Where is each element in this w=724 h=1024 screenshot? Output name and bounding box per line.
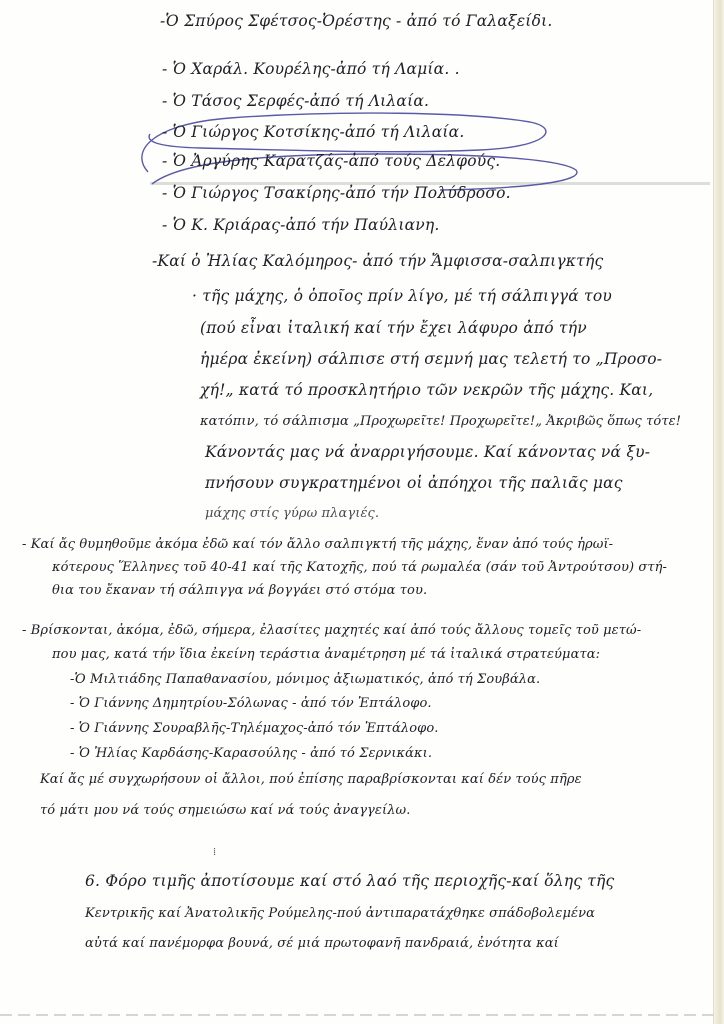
paragraph-line: - Καί ἄς θυμηθοῦμε ἀκόμα ἐδῶ καί τόν ἄλλ… — [22, 537, 613, 552]
name-entry: - Ὁ Γιάννης Σουραβλῆς-Τηλέμαχος-ἀπό τόν … — [70, 721, 439, 736]
paragraph-line: πνήσουν συγκρατημένοι οἱ ἀπόηχοι τῆς παλ… — [205, 474, 623, 492]
paper-bottom-edge — [0, 1014, 714, 1016]
name-entry: - Ὁ Κ. Κριάρας-ἀπό τήν Παύλιανη. — [162, 216, 440, 234]
insertion-mark: ⁞ — [213, 845, 216, 858]
name-entry: -Ὁ Μιλτιάδης Παπαθανασίου, μόνιμος ἀξιωμ… — [70, 672, 540, 687]
name-entry: - Ὁ Ἠλίας Καρδάσης-Καρασούλης - ἀπό τό Σ… — [70, 746, 432, 761]
name-entry: -Ὁ Σπύρος Σφέτσος-Ὀρέστης - ἀπό τό Γαλαξ… — [160, 12, 553, 30]
paragraph-line: (πού εἶναι ἰταλική καί τήν ἔχει λάφυρο ἀ… — [200, 319, 587, 337]
name-entry: - Ὁ Χαράλ. Κουρέλης-ἀπό τή Λαμία. . — [162, 60, 460, 78]
paragraph-line: ἡμέρα ἐκείνη) σάλπισε στή σεμνή μας τελε… — [200, 350, 662, 368]
paragraph-line: κότερους Ἕλληνες τοῦ 40-41 καί τῆς Κατοχ… — [52, 560, 667, 575]
name-entry-circled: - Ὁ Ἀργύρης Καρατζάς-ἀπό τούς Δελφούς. — [162, 152, 500, 170]
paper-right-edge — [713, 0, 724, 1024]
name-entry: - Ὁ Τάσος Σερφές-ἀπό τή Λιλαία. — [162, 92, 429, 110]
paragraph-line: -Καί ὁ Ἠλίας Καλόμηρος- ἀπό τήν Ἄμφισσα-… — [152, 252, 603, 270]
paragraph-line: θια του ἔκαναν τή σάλπιγγα νά βογγάει στ… — [52, 583, 427, 598]
paragraph-line: που μας, κατά τήν ἴδια ἐκείνη τεράστια ἀ… — [52, 647, 600, 662]
paragraph-line: Καί ἄς μέ συγχωρήσουν οἱ ἄλλοι, πού ἐπίσ… — [40, 772, 582, 787]
section-line: αὐτά καί πανέμορφα βουνά, σέ μιά πρωτοφα… — [85, 936, 559, 951]
section-line: 6. Φόρο τιμῆς ἀποτίσουμε καί στό λαό τῆς… — [85, 872, 614, 890]
name-entry: - Ὁ Γιάννης Δημητρίου-Σόλωνας - ἀπό τόν … — [70, 696, 432, 711]
name-entry: - Ὁ Γιώργος Τσακίρης-ἀπό τήν Πολύδροσο. — [162, 184, 511, 202]
paragraph-line: κατόπιν, τό σάλπισμα „Προχωρεῖτε! Προχωρ… — [200, 414, 681, 429]
manuscript-page: -Ὁ Σπύρος Σφέτσος-Ὀρέστης - ἀπό τό Γαλαξ… — [0, 0, 724, 1024]
section-line: Κεντρικῆς καί Ἀνατολικῆς Ρούμελης-πού ἀν… — [85, 906, 595, 921]
paragraph-line: μάχης στίς γύρω πλαγιές. — [205, 506, 379, 521]
paragraph-line: · τῆς μάχης, ὁ ὁποῖος πρίν λίγο, μέ τή σ… — [192, 287, 612, 305]
paragraph-line: τό μάτι μου νά τούς σημειώσω καί νά τούς… — [40, 803, 410, 818]
name-entry-circled: - Ὁ Γιώργος Κοτσίκης-ἀπό τή Λιλαία. — [162, 123, 464, 141]
paragraph-line: - Βρίσκονται, ἀκόμα, ἐδῶ, σήμερα, ἐλασίτ… — [22, 623, 641, 638]
paragraph-line: χή!„ κατά τό προσκλητήριο τῶν νεκρῶν τῆς… — [200, 381, 653, 399]
paragraph-line: Κάνοντάς μας νά ἀναρριγήσουμε. Καί κάνον… — [205, 443, 650, 461]
